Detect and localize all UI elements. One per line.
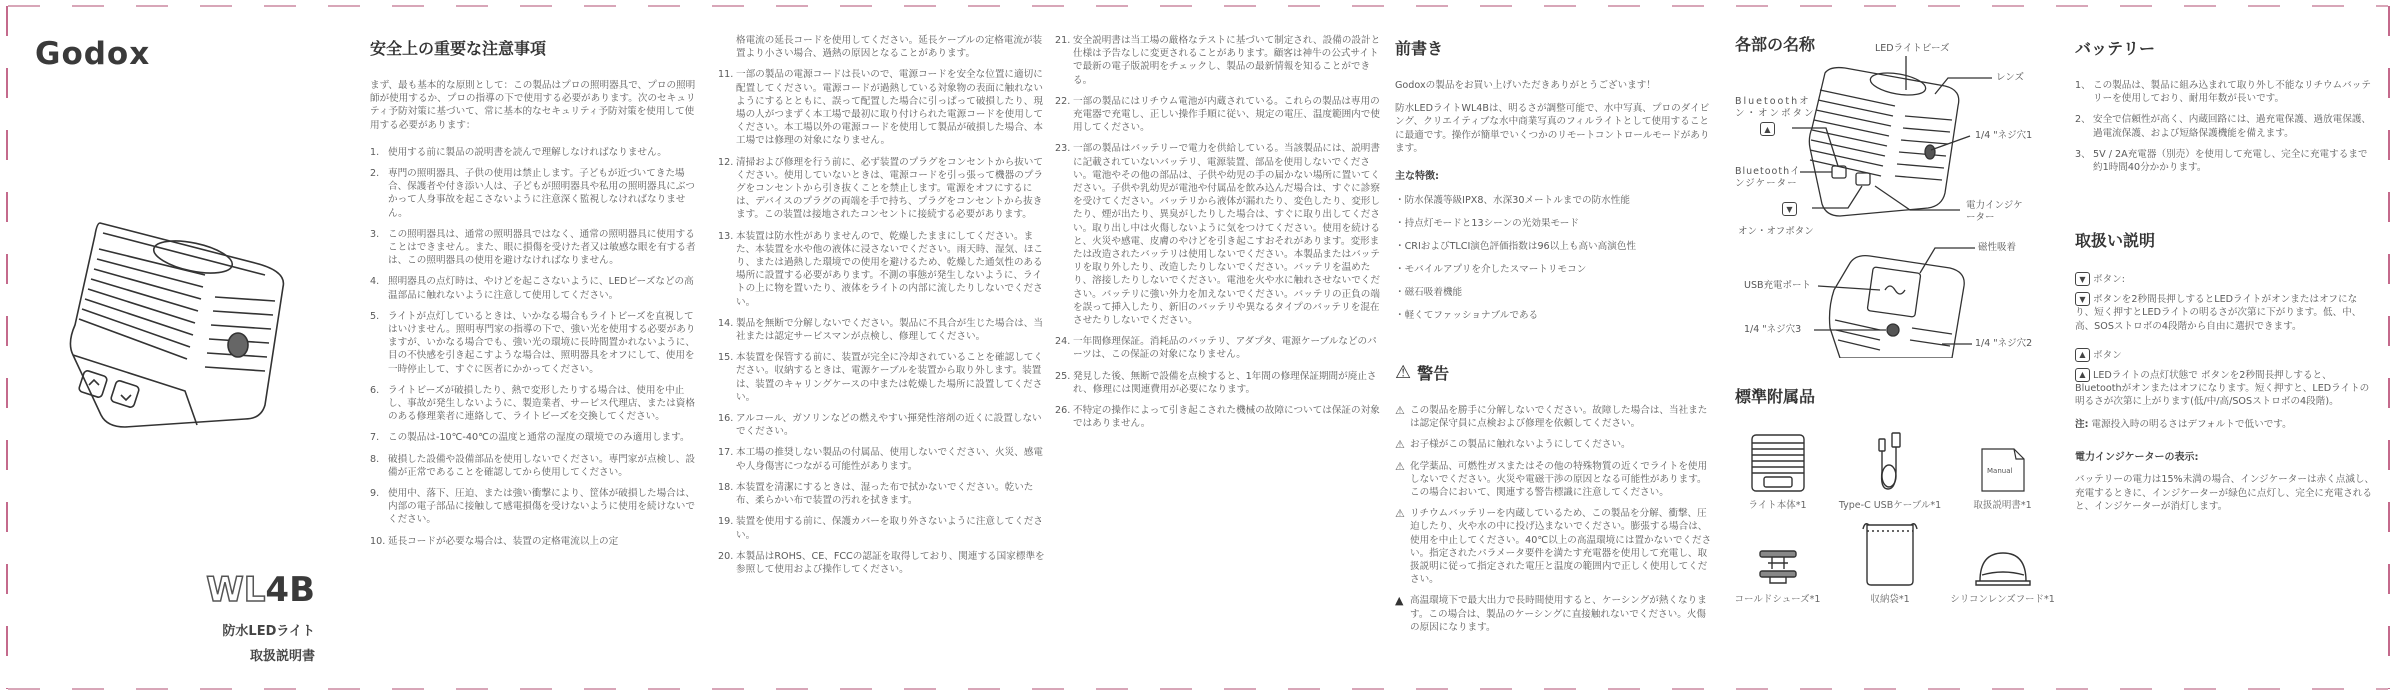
- intro-title: 前書き: [1395, 36, 1715, 59]
- safety-panel-1: 安全上の重要な注意事項 まず、最も基本的な原則として：この製品はプロの照明器具で…: [370, 0, 700, 695]
- product-type: 防水LEDライト: [222, 620, 315, 639]
- list-item: 6.ライトビーズが破損したり、熱で変形したりする場合は、使用を中止し、事故が発生…: [370, 384, 700, 424]
- model-number: 4B: [265, 570, 315, 610]
- model-prefix: WL: [206, 570, 265, 610]
- light-body-icon: [1750, 433, 1806, 493]
- product-illustration-icon: [55, 205, 315, 455]
- list-item: 12.清掃および修理を行う前に、必ず装置のプラグをコンセントから抜いてください。…: [718, 156, 1048, 222]
- list-item: 8.破損した設備や設備部品を使用しないでください。専門家が点検し、設備が正常であ…: [370, 453, 700, 479]
- power-button-icon: ▼: [2075, 292, 2090, 306]
- intro-description: 防水LEDライトWL4Bは、明るさが調整可能で、水中写真、プロのダイビング、クリ…: [1395, 102, 1715, 155]
- lens-hood-icon: [1974, 551, 2032, 587]
- warning-filled-icon: ▲: [1395, 594, 1410, 634]
- power-button-icon: ▼: [2075, 272, 2090, 286]
- feature-item: CRIおよびTLCI演色評価指数は96以上も高い高演色性: [1395, 238, 1715, 252]
- accessory-item: コールドシューズ*1: [1730, 517, 1825, 605]
- warning-icon: ⚠: [1395, 362, 1411, 383]
- feature-item: 磁石吸着機能: [1395, 284, 1715, 298]
- list-item: 1.使用する前に製品の説明書を読んで理解しなければなりません。: [370, 146, 700, 159]
- bluetooth-button-heading: ▲ボタン: [2075, 347, 2375, 362]
- accessory-item: シリコンレンズフード*1: [1955, 517, 2050, 605]
- safety-list-2: 11.一部の製品の電源コードは長いので、電源コードを安全な位置に適切に配置してく…: [718, 68, 1048, 576]
- battery-panel: バッテリー 1、この製品は、製品に組み込まれて取り外し不能なリチウムバッテリーを…: [2075, 0, 2375, 695]
- list-item: 17.本工場の推奨しない製品の付属品、使用しないでください、火災、感電や人身傷害…: [718, 446, 1048, 472]
- list-item: 7.この製品は-10℃-40℃の温度と通常の湿度の環境でのみ適用します。: [370, 431, 700, 444]
- feature-item: 持点灯モードと13シーンの光効果モード: [1395, 215, 1715, 229]
- item-10-continuation: 格電流の延長コードを使用してください。延長ケーブルの定格電流が装置より小さい場合…: [718, 34, 1048, 60]
- power-button-icon: ▼: [1782, 202, 1797, 216]
- safety-list-3: 21.安全説明書は当工場の厳格なテストに基づいて制定され、設備の設計と仕様は予告…: [1055, 34, 1385, 430]
- features-title: 主な特徴:: [1395, 167, 1715, 182]
- warning-outline-icon: ⚠: [1395, 438, 1410, 451]
- warning-title: 警告: [1417, 361, 1449, 384]
- warning-list: ⚠この製品を勝手に分解しないでください。故障した場合は、当社または認定保守員に点…: [1395, 404, 1715, 634]
- list-item: 11.一部の製品の電源コードは長いので、電源コードを安全な位置に適切に配置してく…: [718, 68, 1048, 147]
- operation-title: 取扱い説明: [2075, 228, 2375, 251]
- feature-item: 軽くてファッショナブルである: [1395, 307, 1715, 321]
- list-item: 26.不特定の操作によって引き起こされた機械の故障については保証の対象ではありま…: [1055, 404, 1385, 430]
- list-item: 25.発見した後、無断で設備を点検すると、1年間の修理保証期間が廃止され、修理に…: [1055, 370, 1385, 396]
- list-item: 3、5V / 2A充電器（別売）を使用して充電し、完全に充電するまで約1時間40…: [2075, 148, 2375, 174]
- intro-thanks: Godoxの製品をお買い上げいただきありがとうございます！: [1395, 79, 1715, 92]
- list-item: 21.安全説明書は当工場の厳格なテストに基づいて制定され、設備の設計と仕様は予告…: [1055, 34, 1385, 87]
- list-item: 16.アルコール、ガソリンなどの燃えやすい揮発性溶剤の近くに設置しないでください…: [718, 412, 1048, 438]
- warning-outline-icon: ⚠: [1395, 507, 1410, 586]
- warning-item: ⚠化学薬品、可燃性ガスまたはその他の特殊物質の近くでライトを使用しないでください…: [1395, 460, 1715, 500]
- list-item: 1、この製品は、製品に組み込まれて取り外し不能なリチウムバッテリーを使用しており…: [2075, 79, 2375, 105]
- list-item: 15.本装置を保管する前に、装置が完全に冷却されていることを確認してください。収…: [718, 351, 1048, 404]
- usb-cable-icon: [1875, 431, 1905, 493]
- list-item: 24.一年間修理保証。消耗品のバッテリ、アダプタ、電源ケーブルなどのパーツは、こ…: [1055, 335, 1385, 361]
- safety-title: 安全上の重要な注意事項: [370, 36, 700, 59]
- bluetooth-button-icon: ▲: [2075, 368, 2090, 382]
- list-item: 19.装置を使用する前に、保護カバーを取り外さないように注意してください。: [718, 515, 1048, 541]
- list-item: 3.この照明器具は、通常の照明器具ではなく、通常の照明器具に使用することはできま…: [370, 228, 700, 268]
- list-item: 14.製品を無断で分解しないでください。製品に不具合が生じた場合は、当社または認…: [718, 317, 1048, 343]
- list-item: 23.一部の製品はバッテリーで電力を供給している。当該製品には、説明書に記載され…: [1055, 142, 1385, 327]
- warning-item: ⚠お子様がこの製品に触れないようにしてください。: [1395, 438, 1715, 451]
- bluetooth-button-icon: ▲: [2075, 348, 2090, 362]
- list-item: 10.延長コードが必要な場合は、装置の定格電流以上の定: [370, 535, 700, 548]
- warning-outline-icon: ⚠: [1395, 460, 1410, 500]
- safety-list-1: 1.使用する前に製品の説明書を読んで理解しなければなりません。 2.専門の照明器…: [370, 146, 700, 548]
- cold-shoe-icon: [1758, 547, 1798, 587]
- list-item: 20.本製品はROHS、CE、FCCの認証を取得しており、関連する国家標準を参照…: [718, 550, 1048, 576]
- battery-list: 1、この製品は、製品に組み込まれて取り外し不能なリチウムバッテリーを使用しており…: [2075, 79, 2375, 174]
- parts-panel: 各部の名称: [1730, 0, 2060, 695]
- battery-title: バッテリー: [2075, 36, 2375, 59]
- list-item: 9.使用中、落下、圧迫、または強い衝撃により、筐体が破損した場合は、内部の電子部…: [370, 487, 700, 527]
- list-item: 4.照明器具の点灯時は、やけどを起こさないように、LEDビーズなどの高温部品に触…: [370, 275, 700, 301]
- indicator-heading: 電力インジケーターの表示:: [2075, 448, 2375, 463]
- list-item: 2.専門の照明器具、子供の使用は禁止します。子どもが近づいてきた場合、保護者や付…: [370, 167, 700, 220]
- pouch-icon: [1861, 519, 1919, 587]
- callout-led-beads: LEDライトビーズ: [1875, 43, 1949, 55]
- accessory-item: 収納袋*1: [1825, 517, 1955, 605]
- bluetooth-button-icon: ▲: [1760, 122, 1775, 136]
- indicator-text: バッテリーの電力は15%未満の場合、インジケーターは赤く点滅し、充電するときに、…: [2075, 473, 2375, 513]
- accessories-grid: ライト本体*1 Type-C USBケーブル*1: [1730, 423, 2060, 605]
- safety-panel-3: 21.安全説明書は当工場の厳格なテストに基づいて制定され、設備の設計と仕様は予告…: [1055, 0, 1385, 695]
- warning-item: ▲高温環境下で最大出力で長時間使用すると、ケーシングが熱くなります。この場合は、…: [1395, 594, 1715, 634]
- list-item: 18.本装置を清潔にするときは、湿った布で拭かないでください。乾いた布、柔らかい…: [718, 481, 1048, 507]
- brand-logo: Godox: [35, 36, 150, 72]
- features-list: 防水保護等級IPX8、水深30メートルまでの防水性能 持点灯モードと13シーンの…: [1395, 192, 1715, 321]
- feature-item: 防水保護等級IPX8、水深30メートルまでの防水性能: [1395, 192, 1715, 206]
- warning-item: ⚠この製品を勝手に分解しないでください。故障した場合は、当社または認定保守員に点…: [1395, 404, 1715, 430]
- callout-screw-1: 1/4 "ネジ穴1: [1975, 130, 2032, 142]
- callout-usb-port: USB充電ポート: [1744, 280, 1811, 292]
- callout-screw-3: 1/4 "ネジ穴3: [1744, 324, 1801, 336]
- accessory-item: Manual 取扱説明書*1: [1955, 423, 2050, 511]
- safety-panel-2: 格電流の延長コードを使用してください。延長ケーブルの定格電流が装置より小さい場合…: [718, 0, 1048, 695]
- warning-item: ⚠リチウムバッテリーを内蔵しているため、この製品を分解、衝撃、圧迫したり、火や水…: [1395, 507, 1715, 586]
- callout-bt-button: Bluetoothオン・オンボタン: [1735, 96, 1820, 120]
- callout-power-button: オン・オフボタン: [1738, 226, 1814, 238]
- power-button-text: ▼ボタンを2秒間長押しするとLEDライトがオンまたはオフになり、短く押すとLED…: [2075, 292, 2375, 333]
- feature-item: モバイルアプリを介したスマートリモコン: [1395, 261, 1715, 275]
- power-button-heading: ▼ボタン:: [2075, 271, 2375, 286]
- accessories-title: 標準附属品: [1735, 384, 2060, 407]
- cover-panel: Godox WL4B 防水LEDライト 取扱説明書: [0, 0, 355, 695]
- accessory-item: Type-C USBケーブル*1: [1825, 423, 1955, 511]
- callout-magnetic: 磁性吸着: [1978, 242, 2016, 254]
- list-item: 2、安全で信頼性が高く、内蔵回路には、過充電保護、過放電保護、過電流保護、および…: [2075, 113, 2375, 139]
- callout-power-indicator: 電力インジケーター: [1966, 200, 2026, 224]
- parts-diagram: LEDライトビーズ レンズ Bluetoothオン・オンボタン ▲ 1/4 "ネ…: [1730, 28, 2060, 358]
- callout-lens: レンズ: [1996, 72, 2024, 84]
- accessory-item: ライト本体*1: [1730, 423, 1825, 511]
- list-item: 13.本装置は防水性がありませんので、乾燥したままにしてください。また、本装置を…: [718, 230, 1048, 309]
- safety-intro: まず、最も基本的な原則として：この製品はプロの照明器具で、プロの照明師が使用する…: [370, 79, 700, 132]
- list-item: 22.一部の製品にはリチウム電池が内蔵されている。これらの製品は専用の充電器で充…: [1055, 95, 1385, 135]
- note: 注: 電源投入時の明るさはデフォルトで低いです。: [2075, 416, 2375, 430]
- list-item: 5.ライトが点灯しているときは、いかなる場合もライトビーズを直視してはいけません…: [370, 310, 700, 376]
- document-type: 取扱説明書: [250, 645, 315, 664]
- cut-line-right: [2388, 6, 2390, 689]
- warning-heading: ⚠ 警告: [1395, 361, 1715, 384]
- model-name: WL4B: [206, 570, 315, 610]
- intro-panel: 前書き Godoxの製品をお買い上げいただきありがとうございます！ 防水LEDラ…: [1395, 0, 1715, 695]
- warning-outline-icon: ⚠: [1395, 404, 1410, 430]
- svg-text:Manual: Manual: [1987, 467, 2012, 475]
- bluetooth-button-text: ▲LEDライトの点灯状態で ボタンを2秒間長押しすると、Bluetoothがオン…: [2075, 368, 2375, 409]
- manual-icon: Manual: [1980, 447, 2026, 493]
- callout-screw-2: 1/4 "ネジ穴2: [1975, 338, 2032, 350]
- callout-bt-indicator: Bluetoothインジケーター: [1735, 166, 1805, 190]
